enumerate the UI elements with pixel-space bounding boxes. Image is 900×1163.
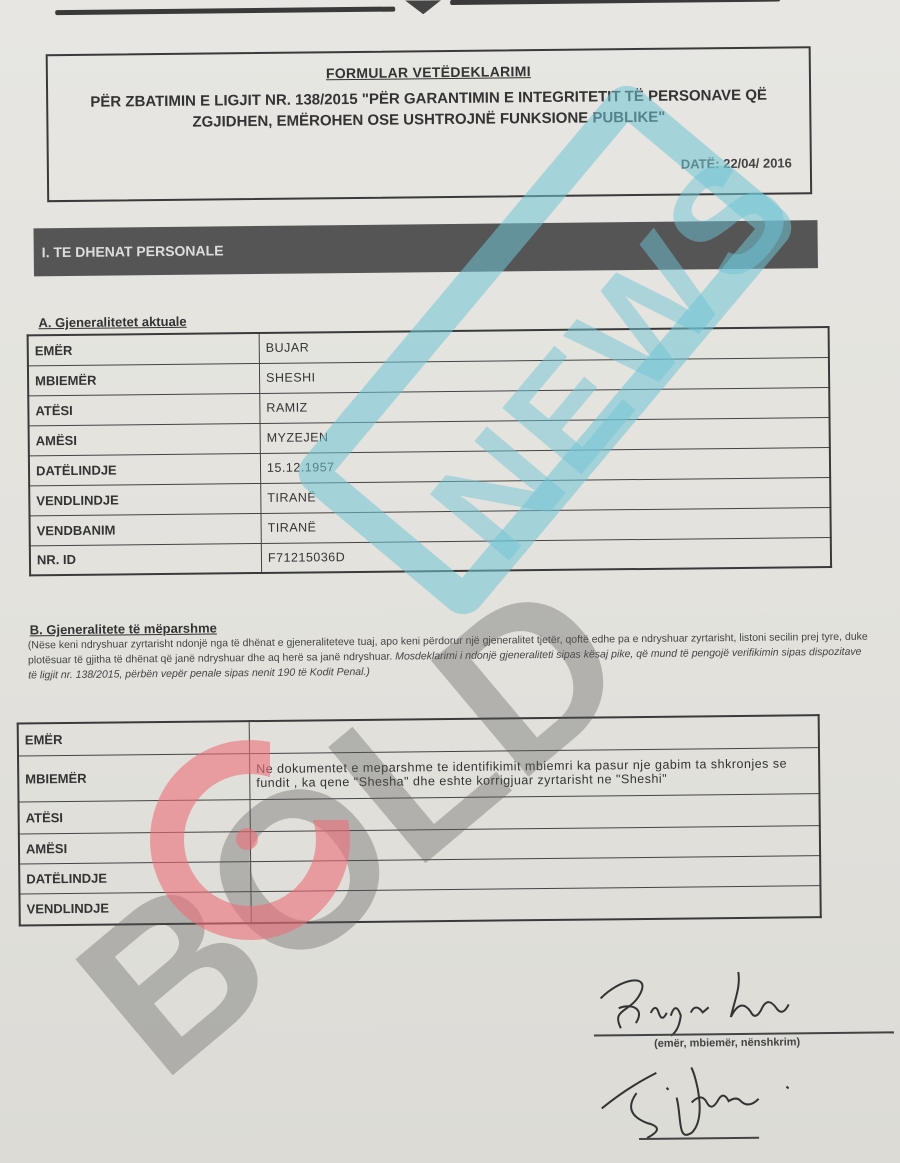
- field-label: MBIEMËR: [18, 753, 250, 801]
- signature-bottom: [596, 1046, 857, 1149]
- form-title: FORMULAR VETËDEKLARIMI: [48, 60, 809, 84]
- field-label: MBIEMËR: [28, 363, 260, 395]
- field-label: ATËSI: [28, 393, 260, 425]
- field-label: VENDLINDJE: [29, 483, 261, 515]
- field-label: EMËR: [28, 333, 260, 365]
- field-label: AMËSI: [29, 423, 261, 455]
- field-value: Ne dokumentet e meparshme te identifikim…: [250, 747, 820, 799]
- previous-particulars-note: (Nëse keni ndryshuar zyrtarisht ndonjë n…: [28, 630, 868, 684]
- table-row: MBIEMËRNe dokumentet e meparshme te iden…: [18, 747, 819, 801]
- law-reference: PËR ZBATIMIN E LIGJIT NR. 138/2015 "PËR …: [68, 84, 789, 134]
- form-date: DATË: 22/04/ 2016: [681, 155, 792, 171]
- state-emblem-icon: [405, 0, 441, 14]
- field-label: NR. ID: [30, 543, 262, 575]
- previous-particulars-title: B. Gjeneralitete të mëparshme: [30, 620, 217, 637]
- field-value: [251, 885, 821, 923]
- field-value: F71215036D: [261, 537, 831, 573]
- previous-particulars-table: EMËRMBIEMËRNe dokumentet e meparshme te …: [17, 714, 822, 926]
- letterhead-rule-right: [450, 0, 780, 5]
- field-label: EMËR: [18, 721, 250, 755]
- section-personal-data-header: I. TE DHENAT PERSONALE: [33, 220, 817, 276]
- field-label: DATËLINDJE: [29, 453, 261, 485]
- document-page: FORMULAR VETËDEKLARIMI PËR ZBATIMIN E LI…: [0, 0, 900, 1163]
- current-particulars-table: EMËRBUJARMBIEMËRSHESHIATËSIRAMIZAMËSIMYZ…: [27, 326, 832, 576]
- signature-top: [590, 966, 851, 1039]
- field-label: VENDBANIM: [30, 513, 262, 545]
- field-label: AMËSI: [19, 831, 251, 863]
- field-label: VENDLINDJE: [19, 891, 251, 925]
- form-header-box: FORMULAR VETËDEKLARIMI PËR ZBATIMIN E LI…: [46, 46, 813, 202]
- field-label: ATËSI: [18, 799, 250, 833]
- field-label: DATËLINDJE: [19, 861, 251, 893]
- letterhead-rule-left: [55, 7, 395, 16]
- current-particulars-title: A. Gjeneralitetet aktuale: [38, 314, 186, 331]
